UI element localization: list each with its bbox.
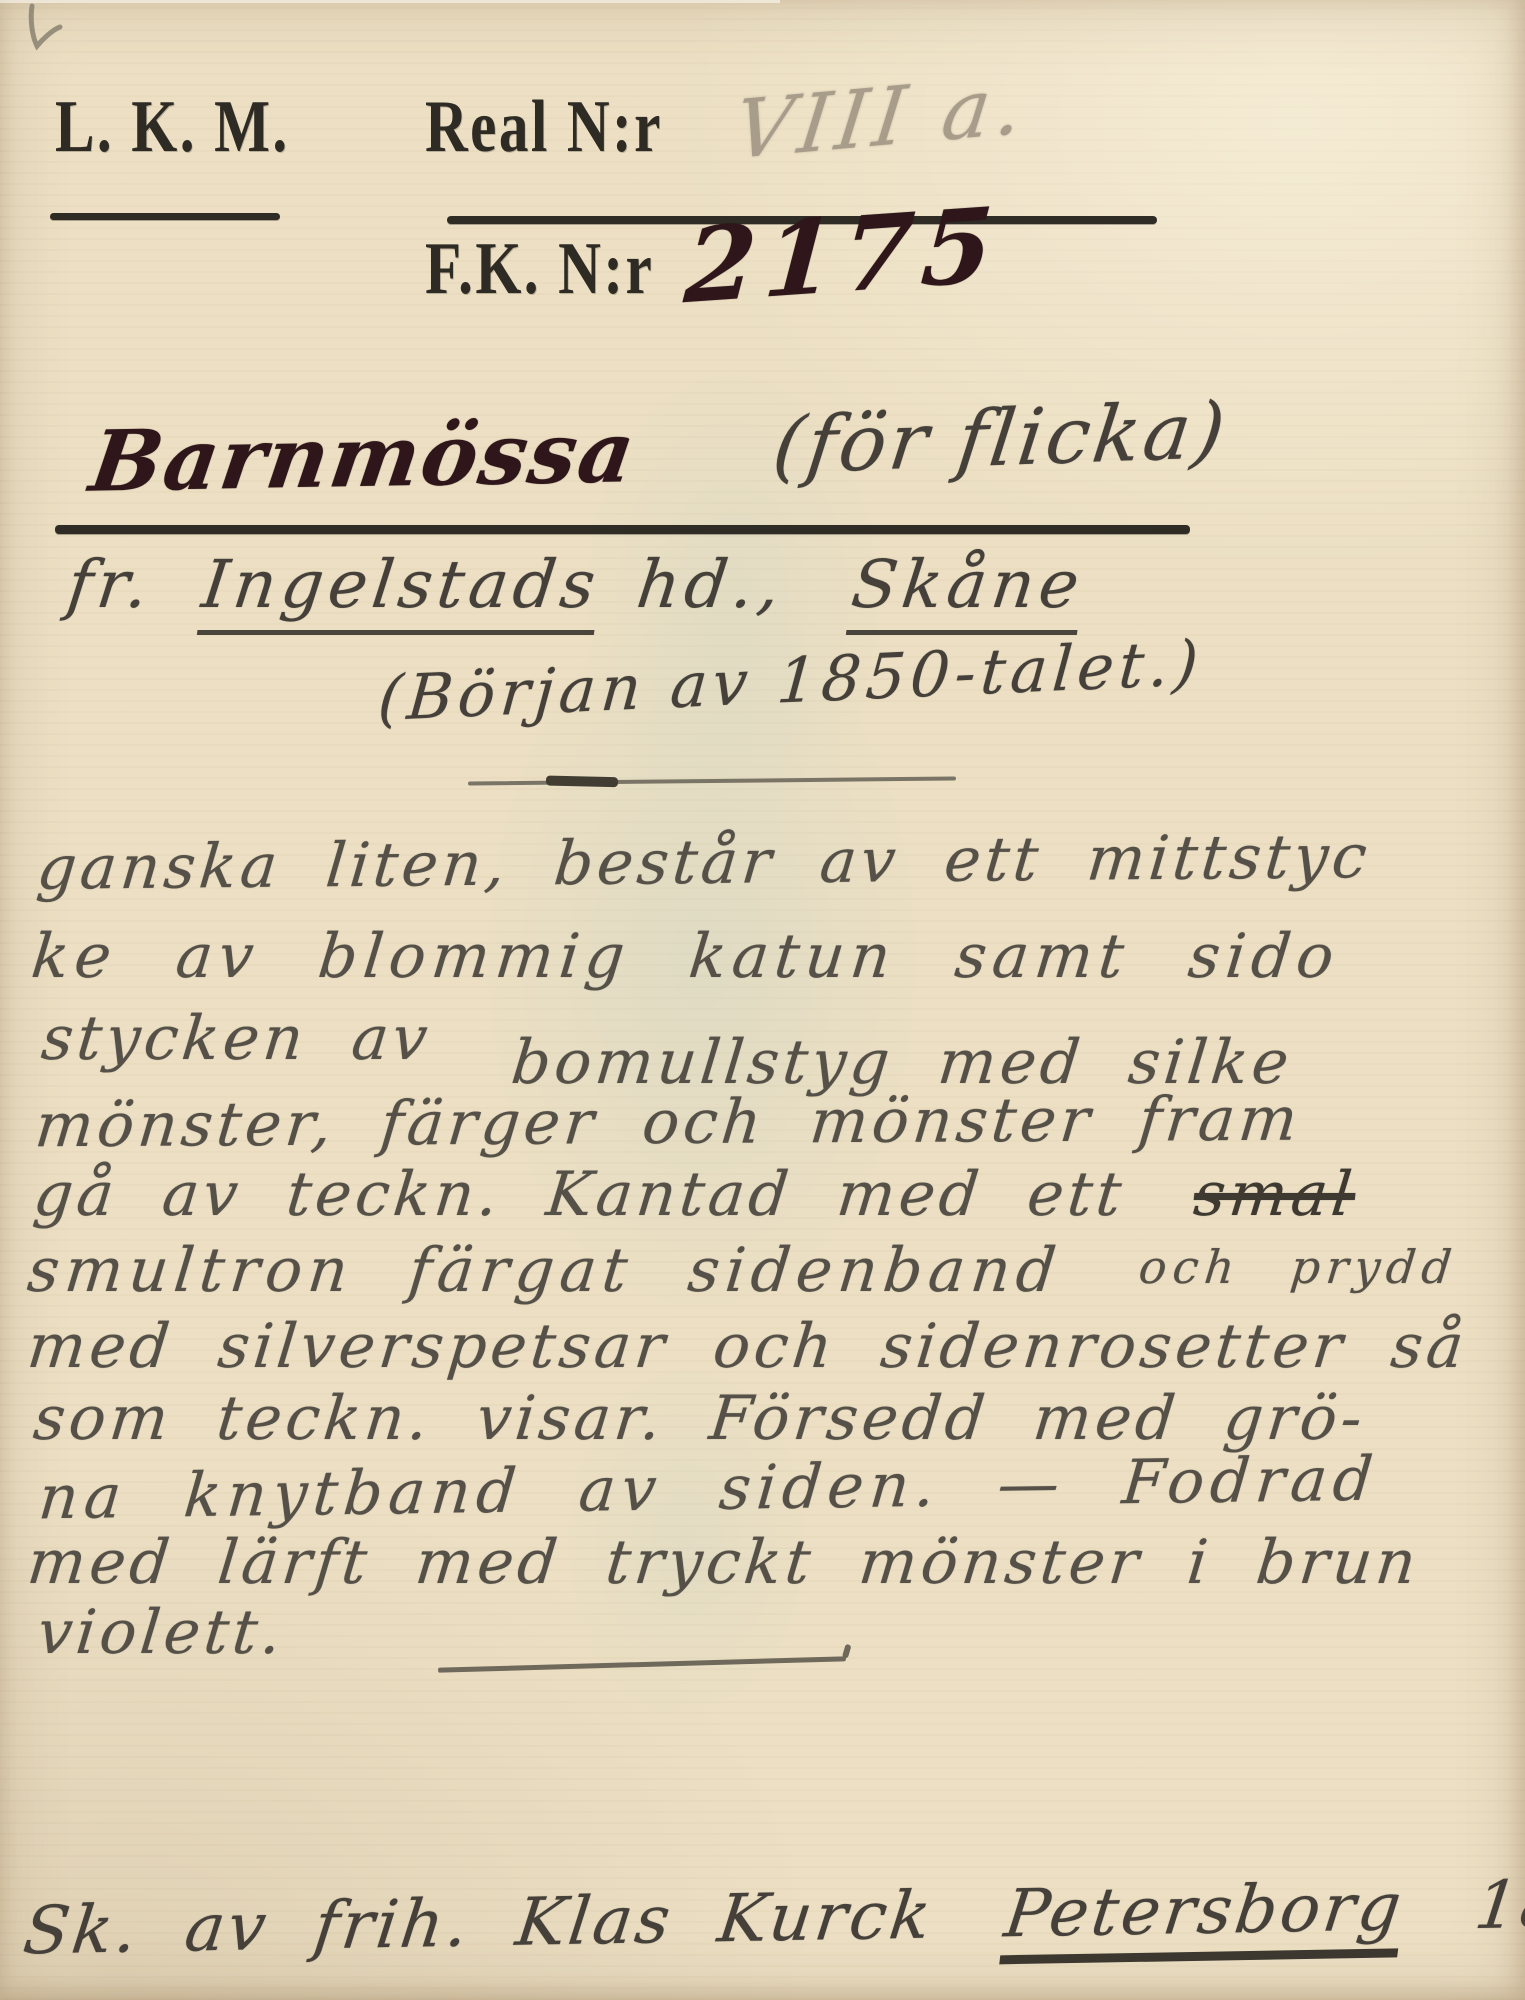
description-line-10: med lärft med tryckt mönster i brun [25, 1532, 1423, 1593]
description-line-5: gå av teckn. Kantad med ett smal [31, 1164, 1359, 1225]
object-title: Barnmössa [85, 410, 641, 503]
acquisition-year: 1884. [1471, 1864, 1525, 1945]
real-nr-value-handwritten: VIII a. [731, 65, 1033, 172]
description-line-5-main: gå av teckn. Kantad med ett [30, 1159, 1128, 1230]
acquisition-line: Sk. av frih. Klas Kurck Petersborg 1884. [20, 1870, 1525, 1965]
description-line-5-struck-word: smal [1191, 1159, 1359, 1230]
catalogue-card: L. K. M. Real N:r VIII a. F.K. N:r 2175 … [0, 0, 1525, 2000]
description-line-3: stycken av bomullstyg med silke [39, 1008, 1298, 1069]
description-line-7: med silverspetsar och sidenrosetter så [25, 1316, 1470, 1377]
description-line-11: violett. [35, 1602, 288, 1663]
object-title-qualifier: (för flicka) [769, 392, 1232, 486]
real-nr-label: Real N:r [425, 90, 663, 164]
description-line-6-main: smultron färgat sidenband [24, 1235, 1065, 1306]
provenance-province: Skåne [846, 546, 1088, 635]
provenance-date-note: (Början av 1850-talet.) [376, 632, 1205, 730]
date-divider-blot [546, 775, 618, 787]
section-divider-line [438, 1656, 846, 1672]
provenance-line: fr. Ingelstads hd., Skåne [64, 552, 1087, 618]
org-underline-rule [50, 213, 280, 220]
description-line-1: ganska liten, består av ett mittstyc [34, 826, 1373, 899]
provenance-prefix: fr. [63, 546, 157, 623]
description-line-6-append: och prydd [1136, 1240, 1460, 1294]
description-line-9: na knytband av siden. — Fodrad [36, 1449, 1381, 1529]
description-line-8: som teckn. visar. Försedd med grö- [31, 1388, 1369, 1449]
scan-edge-artifact [0, 0, 780, 3]
date-divider-line [468, 776, 956, 785]
provenance-district-suffix: hd., [633, 546, 789, 623]
fk-nr-label: F.K. N:r [425, 232, 654, 306]
description-line-3a: stycken av [38, 1003, 434, 1074]
description-line-4: mönster, färger och mönster fram [33, 1089, 1304, 1157]
description-line-2: ke av blommig katun samt sido [29, 926, 1343, 987]
fk-nr-value-handwritten: 2175 [682, 194, 1004, 319]
acquisition-place: Petersborg [999, 1868, 1408, 1964]
acquisition-text: Sk. av frih. Klas Kurck [19, 1877, 937, 1970]
org-abbreviation: L. K. M. [55, 90, 290, 164]
title-rule [55, 525, 1190, 534]
provenance-district: Ingelstads [197, 546, 605, 635]
description-line-6: smultron färgat sidenband och prydd [25, 1240, 1460, 1301]
section-divider-hook [842, 1644, 852, 1659]
pencil-check-mark-icon [20, 0, 76, 62]
